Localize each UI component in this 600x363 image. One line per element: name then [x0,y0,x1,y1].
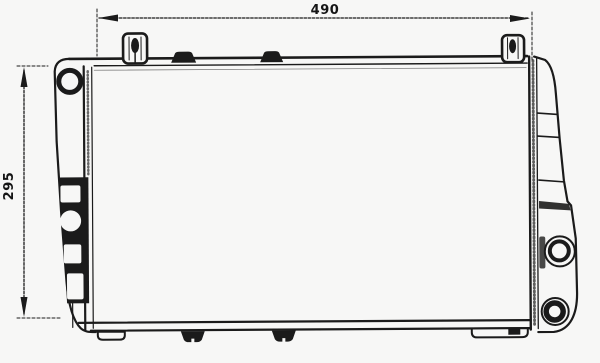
width-arrow-left-icon [98,15,118,22]
dimension-height-label: 295 [2,172,17,201]
dimension-height: 295 [2,66,62,318]
right-tank-port-lower-inner [546,303,563,320]
right-tank-port-upper-inner [550,241,569,260]
core-right-edge-outer [529,57,531,330]
dimension-width: 490 [97,3,532,62]
right-tank-texture-line [533,61,535,327]
right-tank-divider-3 [539,180,564,182]
left-tank-port-circle [60,210,81,231]
right-tank [529,56,577,332]
core-left-edge-inner [92,67,94,328]
top-clip-left-icon [171,52,196,63]
right-tank-step-band [539,201,571,211]
left-tank-cutout-1 [60,185,80,202]
left-tank-cutout-2 [64,244,82,263]
drawing-svg: 490 295 [0,0,600,363]
filler-neck-circle [59,70,81,92]
left-tank-cutout-3 [67,273,84,299]
left-tank-texture-line [88,71,89,176]
mounting-tab-left [123,33,147,63]
left-tank [55,59,96,333]
mounting-tab-right [502,35,524,62]
top-rail-line-inner [94,63,527,66]
foot-clip-1-icon [181,331,205,342]
top-clip-right-icon [260,51,283,62]
right-tank-divider-1 [537,113,557,115]
right-tank-divider-2 [538,136,560,138]
height-arrow-down-icon [21,297,28,317]
width-arrow-right-icon [510,15,530,22]
core-right-edge-inner [537,59,539,329]
foot-tab-right [472,328,528,337]
core-top-line [94,68,526,71]
foot-tab-left [98,332,125,340]
bottom-rail-line-lower [91,328,531,331]
foot-clip-2-icon [272,331,296,342]
right-tank-outline [534,56,577,332]
radiator-technical-drawing: 490 295 [0,0,600,363]
bottom-rail-line-upper [79,320,531,323]
height-arrow-up-icon [21,67,28,87]
foot-tab-right-notch [508,329,520,335]
dimension-width-label: 490 [311,3,340,18]
radiator-body [54,31,577,343]
